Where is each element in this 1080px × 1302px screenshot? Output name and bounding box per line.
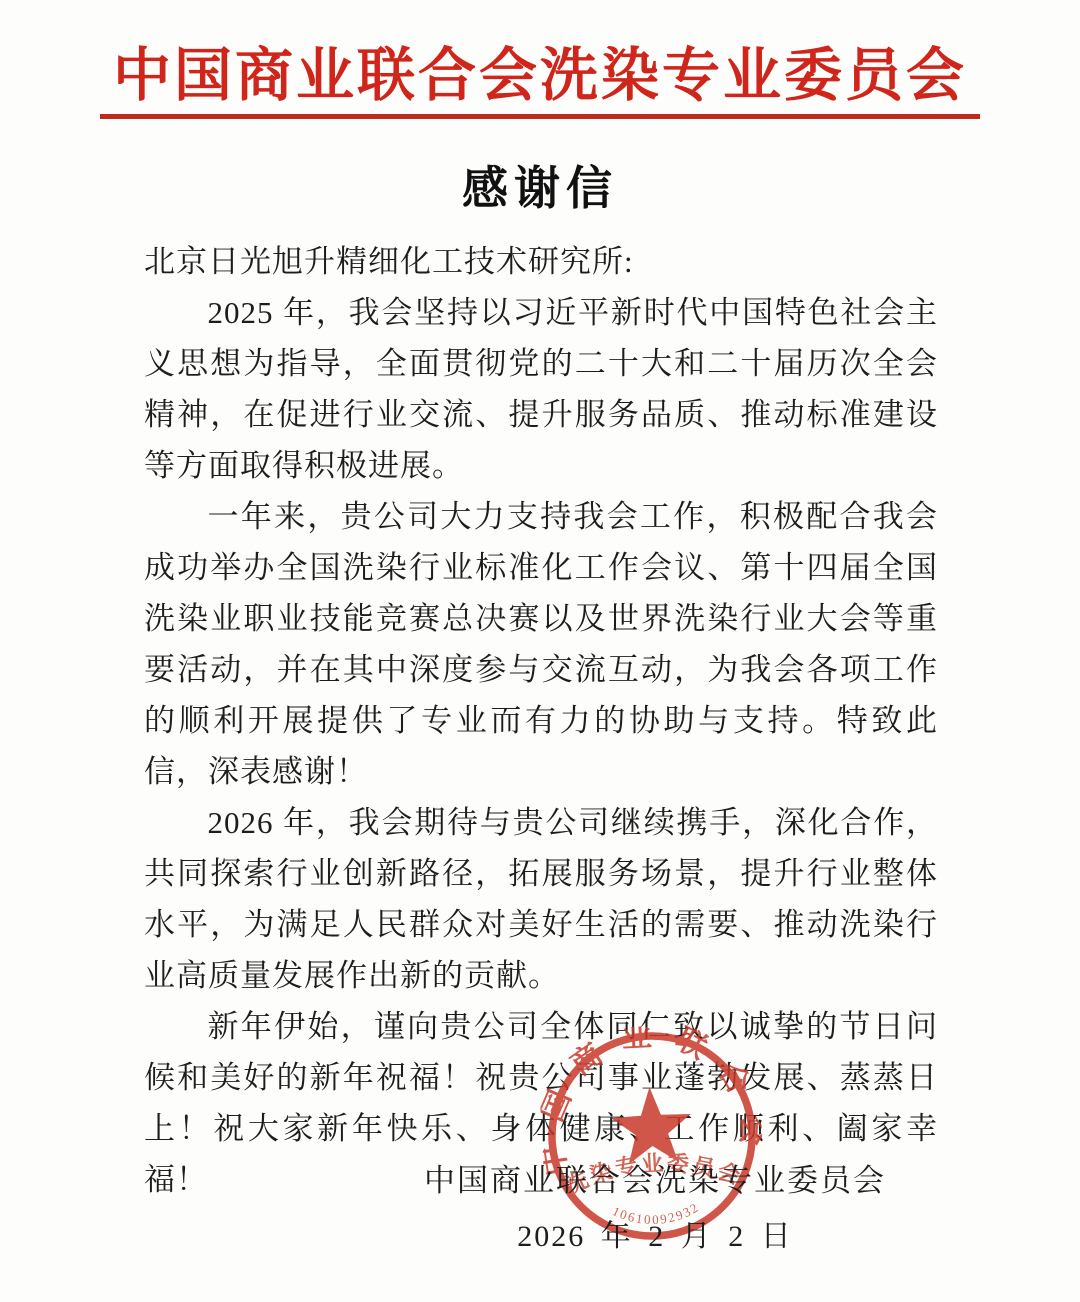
- paragraph-2: 一年来，贵公司大力支持我会工作，积极配合我会成功举办全国洗染行业标准化工作会议、…: [144, 491, 938, 797]
- letterhead-title: 中国商业联合会洗染专业委员会: [0, 28, 1080, 112]
- paragraph-1: 2025 年，我会坚持以习近平新时代中国特色社会主义思想为指导，全面贯彻党的二十…: [144, 287, 938, 491]
- letterhead-divider: [100, 114, 980, 119]
- letter-page: 中国商业联合会洗染专业委员会 感谢信 北京日光旭升精细化工技术研究所: 2025…: [0, 0, 1080, 1302]
- paragraph-3: 2026 年，我会期待与贵公司继续携手，深化合作，共同探索行业创新路径，拓展服务…: [144, 797, 938, 1001]
- letter-title: 感谢信: [0, 152, 1080, 218]
- signature-org-name: 中国商业联合会洗染专业委员会: [230, 1155, 1080, 1200]
- salutation: 北京日光旭升精细化工技术研究所:: [144, 236, 938, 287]
- signature-date: 2026 年 2 月 2 日: [230, 1211, 1080, 1255]
